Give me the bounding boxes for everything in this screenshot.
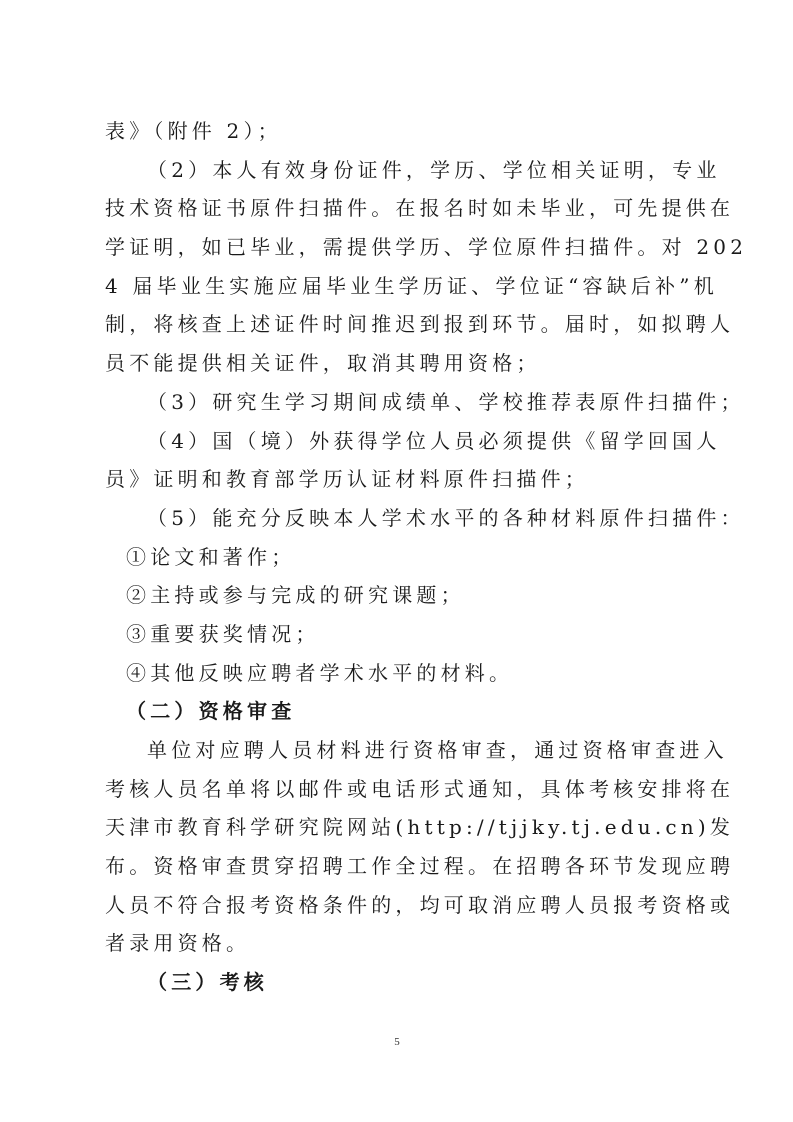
section-heading-qualification-review: （二）资格审查 (105, 692, 697, 731)
text-line-review-end: 者录用资格。 (105, 924, 697, 963)
text-line-review-cont: 布。资格审查贯穿招聘工作全过程。在招聘各环节发现应聘 (105, 847, 697, 886)
text-line-item-2-start: （2）本人有效身份证件，学历、学位相关证明，专业 (105, 151, 697, 190)
text-line-review-cont: 人员不符合报考资格条件的，均可取消应聘人员报考资格或 (105, 886, 697, 925)
text-line-item-2-cont: 制，将核查上述证件时间推迟到报到环节。届时，如拟聘人 (105, 305, 697, 344)
text-line-item-5: （5）能充分反映本人学术水平的各种材料原件扫描件： (105, 499, 697, 538)
text-line-item-4-start: （4）国（境）外获得学位人员必须提供《留学回国人 (105, 422, 697, 461)
text-line-subitem-4: ④其他反映应聘者学术水平的材料。 (105, 654, 697, 693)
page-number: 5 (390, 1036, 404, 1048)
text-line-item-2-cont: 学证明，如已毕业，需提供学历、学位原件扫描件。对 202 (105, 228, 697, 267)
document-page: 表》（附件 2）； （2）本人有效身份证件，学历、学位相关证明，专业 技术资格证… (105, 112, 697, 1002)
text-line-attachment-ref: 表》（附件 2）； (105, 112, 697, 151)
text-line-subitem-1: ①论文和著作； (105, 538, 697, 577)
text-line-item-2-cont: 技术资格证书原件扫描件。在报名时如未毕业，可先提供在 (105, 189, 697, 228)
text-line-item-2-end: 员不能提供相关证件，取消其聘用资格； (105, 344, 697, 383)
text-line-item-2-cont: 4 届毕业生实施应届毕业生学历证、学位证“容缺后补”机 (105, 267, 697, 306)
text-line-review-website: 天津市教育科学研究院网站(http://tjjky.tj.edu.cn)发 (105, 808, 697, 847)
text-line-subitem-3: ③重要获奖情况； (105, 615, 697, 654)
text-line-item-4-end: 员》证明和教育部学历认证材料原件扫描件； (105, 460, 697, 499)
text-line-review-cont: 考核人员名单将以邮件或电话形式通知，具体考核安排将在 (105, 770, 697, 809)
text-line-item-3: （3）研究生学习期间成绩单、学校推荐表原件扫描件； (105, 383, 697, 422)
text-line-subitem-2: ②主持或参与完成的研究课题； (105, 576, 697, 615)
section-heading-assessment: （三）考核 (105, 963, 697, 1002)
text-line-review-start: 单位对应聘人员材料进行资格审查，通过资格审查进入 (105, 731, 697, 770)
